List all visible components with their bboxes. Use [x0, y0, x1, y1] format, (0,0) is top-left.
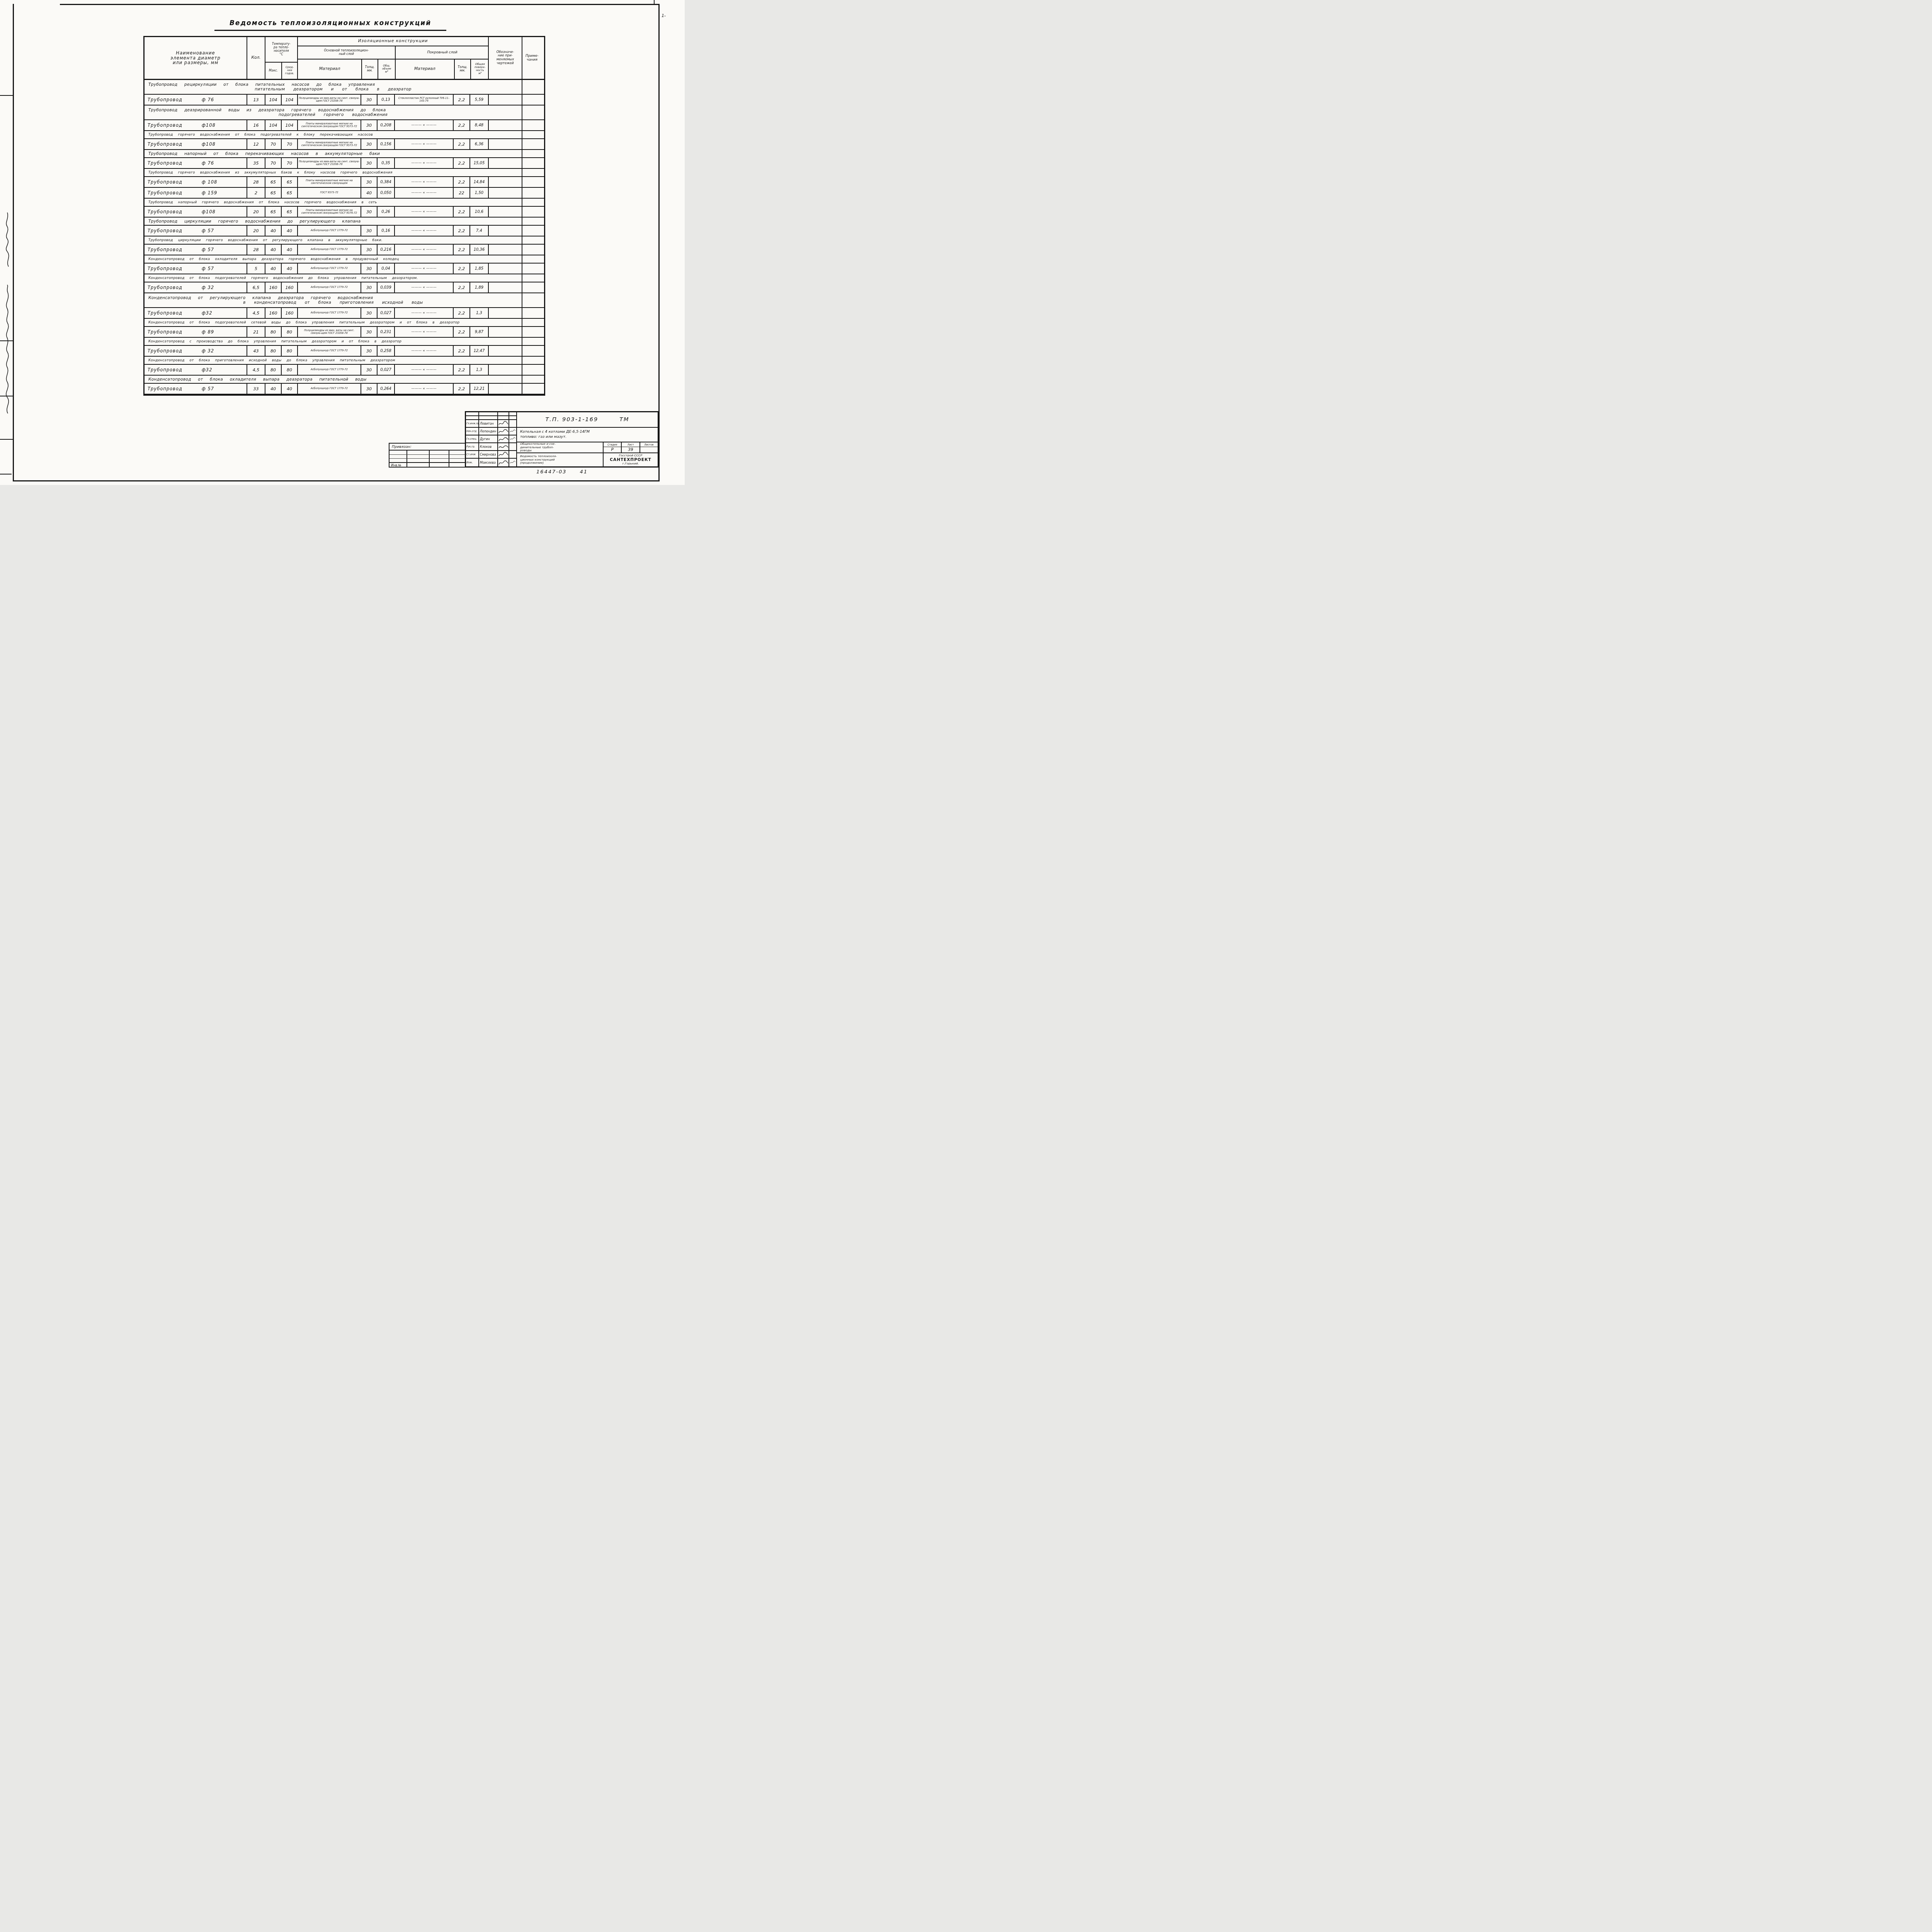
cell-designation: [488, 95, 522, 105]
signature-row: Гл.спец.Дугин: [466, 435, 516, 443]
cell-temp-avg: 40: [281, 245, 297, 255]
stamp-code-row: Т.П. 903-1-169 ТМ: [517, 412, 658, 428]
cell-notes: [522, 384, 542, 394]
section-header-text: Трубопровод деаэрированной воды из деаэр…: [145, 108, 522, 112]
cell-qty: 43: [247, 346, 265, 356]
cell-volume: 0,26: [377, 207, 394, 217]
cell-notes: [522, 327, 542, 337]
cell-cover-material: ——— « ———: [394, 177, 453, 187]
date-squiggle: [510, 437, 516, 441]
cell-base-material: Плиты минераловатные мягкие на синтетиче…: [297, 139, 361, 149]
cell-name: Трубопроводф108: [145, 139, 247, 149]
fold-mark: [0, 95, 14, 96]
cell-name: Трубопроводф108: [145, 120, 247, 130]
cell-temp-max: 80: [265, 346, 281, 356]
section-notes-cell: [522, 105, 542, 119]
section-header-text: Трубопровод циркуляции горячего водоснаб…: [145, 219, 522, 224]
cell-surface: 10,36: [469, 245, 488, 255]
empty-cell: [497, 416, 509, 419]
cell-temp-avg: 80: [281, 346, 297, 356]
cell-volume: 0,231: [377, 327, 394, 337]
cell-notes: [522, 188, 542, 198]
cell-surface: 10,6: [469, 207, 488, 217]
cell-name: Трубопроводф 32: [145, 346, 247, 356]
cell-qty: 4,5: [247, 308, 265, 318]
cell-cover-thickness: 2,2: [453, 327, 469, 337]
header-qty: Кол.: [247, 37, 265, 79]
cell-name: Трубопроводф 57: [145, 245, 247, 255]
cell-surface: 14,84: [469, 177, 488, 187]
section-notes-cell: [522, 80, 542, 94]
fold-mark: [0, 439, 14, 440]
section-header-text: Конденсатопровод от блока приготовления …: [145, 359, 522, 362]
header-izol: Изоляционные конструкции: [298, 37, 488, 46]
cell-qty: 35: [247, 158, 265, 168]
cell-designation: [488, 365, 522, 375]
section-header-text: Трубопровод горячего водоснабжения от бл…: [145, 133, 522, 137]
cell-cover-material: Стеклопластик РСТ рулонный ТУ6-11-145-74: [394, 95, 453, 105]
cell-base-material: Полуцилиндры из мин. ваты на синт. связу…: [297, 327, 361, 337]
signature-mark: [497, 435, 509, 442]
date-squiggle: [510, 429, 516, 434]
cell-temp-max: 40: [265, 245, 281, 255]
cell-surface: 9,87: [469, 327, 488, 337]
signer-role: Гл.спец.: [466, 435, 478, 442]
signer-name: Смирнова: [478, 451, 497, 458]
header-cover-material: Материал: [396, 60, 454, 79]
table-row: Трубопроводф 89218080Полуцилиндры из мин…: [145, 327, 544, 338]
cell-notes: [522, 245, 542, 255]
empty-cell: [478, 416, 497, 419]
signer-role: Рук.гр.: [466, 443, 478, 450]
cell-cover-material: ——— « ———: [394, 308, 453, 318]
section-header-band: Трубопровод деаэрированной воды из деаэр…: [145, 105, 544, 120]
empty-cell: [466, 416, 478, 419]
section-header-band: Конденсатопровод от регулирующего клапан…: [145, 293, 544, 308]
section-notes-cell: [522, 218, 542, 225]
cell-volume: 0,027: [377, 365, 394, 375]
cell-base-thickness: 30: [361, 245, 377, 255]
cell-designation: [488, 282, 522, 293]
signature-mark: [497, 459, 509, 466]
cell-cover-thickness: 2,2: [453, 207, 469, 217]
cell-base-material: Плиты минераловатные мягкие на синтетиче…: [297, 207, 361, 217]
date-squiggle: [510, 460, 516, 465]
cell-base-material: Плиты минераловатные мягкие на синтетиче…: [297, 120, 361, 130]
linked-grid: Инв.№: [389, 451, 465, 468]
cell-volume: 0,04: [377, 264, 394, 274]
cell-surface: 8,48: [469, 120, 488, 130]
header-surface: Общаяповерх-ностьм²: [470, 60, 489, 79]
project-name: Котельная с 4 котлами ДЕ-6,5-14ГМтопливо…: [517, 428, 658, 442]
cell-qty: 2: [247, 188, 265, 198]
cell-qty: 33: [247, 384, 265, 394]
cell-qty: 4,5: [247, 365, 265, 375]
cell-cover-thickness: 2,2: [453, 139, 469, 149]
empty-cell: [509, 412, 516, 415]
cell-surface: 12,21: [469, 384, 488, 394]
signer-name: Лепендин: [478, 428, 497, 435]
cell-volume: 0,216: [377, 245, 394, 255]
cell-temp-max: 160: [265, 282, 281, 293]
footer-numbers: 16447-03 41: [536, 469, 588, 475]
section-header-text: Конденсатопровод с производства до блока…: [145, 340, 522, 344]
section-notes-cell: [522, 293, 542, 307]
cell-volume: 0,16: [377, 226, 394, 236]
cell-base-thickness: 30: [361, 327, 377, 337]
table-row: Трубопроводф 57204040Асбопухшнур ГОСТ 17…: [145, 226, 544, 236]
title-block: Гл.инж.прЛевитанНач.отдЛепендинГл.спец.Д…: [465, 411, 659, 468]
cell-qty: 21: [247, 327, 265, 337]
cell-temp-avg: 40: [281, 384, 297, 394]
cell-surface: 1,50: [469, 188, 488, 198]
signature-mark: [497, 428, 509, 435]
cell-cover-material: ——— « ———: [394, 226, 453, 236]
cell-cover-thickness: 2,2: [453, 245, 469, 255]
organization: Госстрой СССР САНТЕХПРОЕКТ г.Горький.: [604, 453, 658, 466]
cell-temp-avg: 104: [281, 120, 297, 130]
sheet-value: 39: [622, 447, 639, 452]
margin-handwriting: [2, 284, 13, 415]
cell-name: Трубопроводф 108: [145, 177, 247, 187]
cell-base-material: Плиты минераловатные мягкие на синтетиче…: [297, 177, 361, 187]
cell-name: Трубопроводф 159: [145, 188, 247, 198]
cell-cover-material: ——— « ———: [394, 264, 453, 274]
signature-grid: Гл.инж.прЛевитанНач.отдЛепендинГл.спец.Д…: [466, 412, 516, 466]
cell-name: Трубопроводф 57: [145, 264, 247, 274]
table-row: Трубопроводф 32438080Асбопухшнур ГОСТ 17…: [145, 346, 544, 357]
cell-cover-material: ——— « ———: [394, 120, 453, 130]
cell-name: Трубопроводф32: [145, 308, 247, 318]
empty-cell: [509, 416, 516, 419]
cell-cover-thickness: 2,2: [453, 158, 469, 168]
cell-temp-max: 40: [265, 264, 281, 274]
cell-temp-avg: 70: [281, 139, 297, 149]
cell-cover-thickness: 2,2: [453, 346, 469, 356]
cell-temp-max: 40: [265, 226, 281, 236]
cell-temp-max: 104: [265, 95, 281, 105]
cell-designation: [488, 207, 522, 217]
header-temp-max: Макс.: [265, 63, 281, 79]
cell-base-thickness: 30: [361, 384, 377, 394]
section-notes-cell: [522, 319, 542, 326]
empty-cell: [478, 412, 497, 415]
cell-name: Трубопроводф 76: [145, 95, 247, 105]
cell-surface: 1,3: [469, 365, 488, 375]
section-header-text: Конденсатопровод от регулирующего клапан…: [145, 296, 522, 300]
cell-designation: [488, 327, 522, 337]
org-line-3: г.Горький.: [622, 462, 639, 466]
cell-name: Трубопроводф32: [145, 365, 247, 375]
header-base-layer: Основной теплоизоляцион-ный слой: [298, 46, 395, 60]
cell-temp-avg: 65: [281, 177, 297, 187]
signature-spacer-row: [466, 412, 516, 416]
cell-cover-material: ——— « ———: [394, 327, 453, 337]
section-header-text: Конденсатопровод от блока охладителя вып…: [145, 257, 522, 261]
cell-base-thickness: 30: [361, 139, 377, 149]
section-notes-cell: [522, 357, 542, 364]
stage-sheet-grid: Стадия Р Лист 39 Листов: [604, 442, 658, 453]
section-header-band: Конденсатопровод от блока охладителя вып…: [145, 376, 544, 384]
signature-row: Нач.отдЛепендин: [466, 428, 516, 435]
cell-notes: [522, 308, 542, 318]
signer-name: Моисеева: [478, 459, 497, 466]
cell-designation: [488, 188, 522, 198]
cell-cover-thickness: 2,2: [453, 177, 469, 187]
cell-volume: 0,208: [377, 120, 394, 130]
cell-cover-material: ——— « ———: [394, 158, 453, 168]
cell-designation: [488, 308, 522, 318]
cell-cover-thickness: 2,2: [453, 264, 469, 274]
cell-base-material: Асбопухшнур ГОСТ 1779-72: [297, 245, 361, 255]
section-notes-cell: [522, 131, 542, 138]
signature-row: Инж.Моисеева: [466, 459, 516, 466]
page-corner-mark: 1-: [662, 13, 666, 18]
cell-temp-max: 70: [265, 139, 281, 149]
cell-designation: [488, 245, 522, 255]
cell-cover-material: ——— « ———: [394, 346, 453, 356]
signature-date-mark: [509, 428, 516, 435]
cell-cover-thickness: 2,2: [453, 308, 469, 318]
cell-base-material: Асбопухшнур ГОСТ 1779-72: [297, 226, 361, 236]
cell-base-material: Асбопухшнур ГОСТ 1779-72: [297, 264, 361, 274]
cell-name: Трубопроводф 57: [145, 384, 247, 394]
frame-top-line: [60, 4, 660, 5]
signer-name: Левитан: [478, 420, 497, 427]
cell-base-thickness: 30: [361, 346, 377, 356]
sheet-title: Ведомость теплоизоля-ционных конструкций…: [517, 453, 603, 466]
header-notes: Приме-чания: [522, 37, 542, 79]
cell-cover-thickness: 2,2: [453, 384, 469, 394]
cell-temp-max: 80: [265, 365, 281, 375]
signer-role: Инж.: [466, 459, 478, 466]
fold-mark: [0, 474, 12, 474]
section-header-text: Трубопровод напорный от блока перекачива…: [145, 151, 522, 156]
sheets-value: [640, 447, 658, 452]
cell-qty: 5: [247, 264, 265, 274]
cell-cover-material: ——— « ———: [394, 365, 453, 375]
frame-right-line: [658, 4, 660, 481]
cell-temp-avg: 160: [281, 308, 297, 318]
cell-volume: 0,384: [377, 177, 394, 187]
section-notes-cell: [522, 236, 542, 244]
section-header-band: Конденсатопровод от блока приготовления …: [145, 357, 544, 365]
cell-notes: [522, 120, 542, 130]
cell-surface: 15,05: [469, 158, 488, 168]
section-header-text: Конденсатопровод от блока охладителя вып…: [145, 377, 522, 382]
stage-value: Р: [604, 447, 621, 452]
cell-designation: [488, 158, 522, 168]
frame-bottom-line: [13, 480, 660, 481]
header-base-material: Материал: [298, 60, 361, 79]
signature-squiggle: [498, 436, 509, 442]
cell-notes: [522, 226, 542, 236]
section-header-band: Конденсатопровод от блока охладителя вып…: [145, 255, 544, 264]
header-temp-group: Температу-ра тепло-носителя°С Макс. Сред…: [265, 37, 297, 79]
signer-name: Клоков: [478, 443, 497, 450]
document-type: ТМ: [619, 417, 629, 423]
header-base-thickness: Толщ.мм.: [361, 60, 378, 79]
cell-temp-avg: 104: [281, 95, 297, 105]
table-row: Трубопроводф 7613104104Полуцилиндры из м…: [145, 95, 544, 105]
cell-temp-avg: 65: [281, 207, 297, 217]
section-header-band: Конденсатопровод от блока подогревателей…: [145, 319, 544, 327]
cell-name: Трубопроводф 89: [145, 327, 247, 337]
cell-name: Трубопроводф 57: [145, 226, 247, 236]
cell-surface: 7,4: [469, 226, 488, 236]
cell-surface: 1,3: [469, 308, 488, 318]
cell-temp-avg: 80: [281, 365, 297, 375]
cell-cover-thickness: 2,2: [453, 282, 469, 293]
cell-designation: [488, 177, 522, 187]
cell-qty: 6,5: [247, 282, 265, 293]
cell-temp-max: 160: [265, 308, 281, 318]
cell-designation: [488, 346, 522, 356]
signature-row: Рук.гр.Клоков: [466, 443, 516, 451]
cell-base-thickness: 30: [361, 120, 377, 130]
section-notes-cell: [522, 338, 542, 345]
cell-base-material: Полуцилиндры из мин-ваты на синт. связую…: [297, 95, 361, 105]
cell-name: Трубопроводф108: [145, 207, 247, 217]
cell-notes: [522, 346, 542, 356]
cell-surface: 1,89: [469, 282, 488, 293]
cell-designation: [488, 264, 522, 274]
signature-row: Ст.инжСмирнова: [466, 451, 516, 459]
header-cover-layer-group: Покровный слой Материал Толщ.мм. Общаяпо…: [395, 46, 489, 79]
header-cover-layer: Покровный слой: [396, 46, 489, 60]
cell-designation: [488, 139, 522, 149]
signature-squiggle: [498, 429, 509, 434]
cell-base-thickness: 40: [361, 188, 377, 198]
cell-base-material: Асбопухшнур ГОСТ 1779-72: [297, 384, 361, 394]
signature-date-mark: [509, 443, 516, 450]
sheet-label: Лист: [622, 442, 639, 447]
signature-mark: [497, 420, 509, 427]
section-notes-cell: [522, 255, 542, 263]
cell-temp-max: 65: [265, 177, 281, 187]
cell-designation: [488, 384, 522, 394]
cell-name: Трубопроводф 76: [145, 158, 247, 168]
cell-base-thickness: 30: [361, 308, 377, 318]
table-row: Трубопроводф 5754040Асбопухшнур ГОСТ 177…: [145, 264, 544, 274]
table-header: Наименованиеэлемента диаметрили размеры,…: [145, 37, 544, 80]
section-header-band: Трубопровод циркуляции горячего водоснаб…: [145, 218, 544, 226]
section-notes-cell: [522, 274, 542, 282]
cell-temp-max: 40: [265, 384, 281, 394]
page-title: Ведомость теплоизоляционных конструкций: [214, 19, 446, 31]
section-header-band: Конденсатопровод с производства до блока…: [145, 338, 544, 346]
cell-cover-material: ——— « ———: [394, 207, 453, 217]
cell-base-material: Асбопухшнур ГОСТ 1779-72: [297, 308, 361, 318]
table-row: Трубопроводф108206565Плиты минераловатны…: [145, 207, 544, 218]
cell-volume: 0,13: [377, 95, 394, 105]
cell-surface: 12,47: [469, 346, 488, 356]
footer-doc-number: 16447-03: [536, 469, 567, 475]
section-notes-cell: [522, 150, 542, 157]
cell-temp-max: 70: [265, 158, 281, 168]
section-header-band: Трубопровод горячего водоснабжения от бл…: [145, 131, 544, 139]
cell-base-thickness: 30: [361, 95, 377, 105]
cell-base-thickness: 30: [361, 264, 377, 274]
signer-role: Ст.инж: [466, 451, 478, 458]
inventory-number-label: Инв.№: [391, 464, 401, 467]
cell-base-thickness: 30: [361, 158, 377, 168]
cell-cover-thickness: 22: [453, 188, 469, 198]
cell-notes: [522, 282, 542, 293]
cell-temp-avg: 65: [281, 188, 297, 198]
cell-temp-avg: 40: [281, 264, 297, 274]
cell-volume: 0,039: [377, 282, 394, 293]
cell-designation: [488, 120, 522, 130]
section-header-band: Трубопровод горячего водоснабжения из ак…: [145, 169, 544, 177]
cell-cover-material: ——— « ———: [394, 245, 453, 255]
header-insulation-group: Изоляционные конструкции Основной теплои…: [297, 37, 488, 79]
signature-squiggle: [498, 460, 509, 466]
cell-designation: [488, 226, 522, 236]
signature-spacer-row: [466, 416, 516, 420]
cell-temp-avg: 160: [281, 282, 297, 293]
table-row: Трубопроводф324,58080Асбопухшнур ГОСТ 17…: [145, 365, 544, 376]
signature-date-mark: [509, 420, 516, 427]
cell-temp-avg: 70: [281, 158, 297, 168]
signature-row: Гл.инж.прЛевитан: [466, 420, 516, 428]
header-base-layer-group: Основной теплоизоляцион-ный слой Материа…: [298, 46, 395, 79]
cell-name: Трубопроводф 32: [145, 282, 247, 293]
signature-squiggle: [498, 452, 509, 457]
cell-cover-material: ——— « ———: [394, 282, 453, 293]
section-notes-cell: [522, 199, 542, 206]
section-header-band: Трубопровод напорный горячего водоснабже…: [145, 199, 544, 207]
signature-date-mark: [509, 451, 516, 458]
table-row: Трубопроводф 76357070Полуцилиндры из мин…: [145, 158, 544, 169]
cell-qty: 20: [247, 226, 265, 236]
object-name: Общекотельные и сое-динительные трубоп-р…: [517, 442, 603, 453]
cell-qty: 28: [247, 245, 265, 255]
table-row: Трубопроводф 326,5160160Асбопухшнур ГОСТ…: [145, 282, 544, 293]
signer-name: Дугин: [478, 435, 497, 442]
cell-qty: 16: [247, 120, 265, 130]
table-row: Трубопроводф108127070Плиты минераловатны…: [145, 139, 544, 150]
cell-surface: 1,85: [469, 264, 488, 274]
linked-block: Привязан: Инв.№: [389, 443, 466, 468]
cell-qty: 13: [247, 95, 265, 105]
section-notes-cell: [522, 169, 542, 176]
cell-cover-material: ——— « ———: [394, 188, 453, 198]
sheets-label: Листов: [640, 442, 658, 447]
table-row: Трубопроводф 108286565Плиты минераловатн…: [145, 177, 544, 188]
header-temp-avg: Сред-няягодов.: [281, 63, 297, 79]
cell-surface: 5,59: [469, 95, 488, 105]
linked-label: Привязан:: [389, 444, 465, 451]
signature-squiggle: [498, 421, 509, 427]
cell-notes: [522, 365, 542, 375]
cell-base-material: Полуцилиндры из мин-ваты на синт. связую…: [297, 158, 361, 168]
signature-squiggle: [498, 444, 509, 450]
table-row: Трубопроводф324,5160160Асбопухшнур ГОСТ …: [145, 308, 544, 319]
section-header-band: Трубопровод циркуляции горячего водоснаб…: [145, 236, 544, 245]
cell-base-thickness: 30: [361, 207, 377, 217]
section-header-text: Конденсатопровод от блока подогревателей…: [145, 321, 522, 325]
cell-qty: 28: [247, 177, 265, 187]
cell-base-material: Асбопухшнур ГОСТ 1779-72: [297, 282, 361, 293]
section-header-text: в конденсатопровод от блока приготовлени…: [145, 300, 522, 305]
empty-cell: [466, 412, 478, 415]
cell-base-thickness: 30: [361, 365, 377, 375]
signer-role: Гл.инж.пр: [466, 420, 478, 427]
insulation-table: Наименованиеэлемента диаметрили размеры,…: [143, 36, 545, 396]
header-name: Наименованиеэлемента диаметрили размеры,…: [145, 37, 247, 79]
signature-date-mark: [509, 435, 516, 442]
